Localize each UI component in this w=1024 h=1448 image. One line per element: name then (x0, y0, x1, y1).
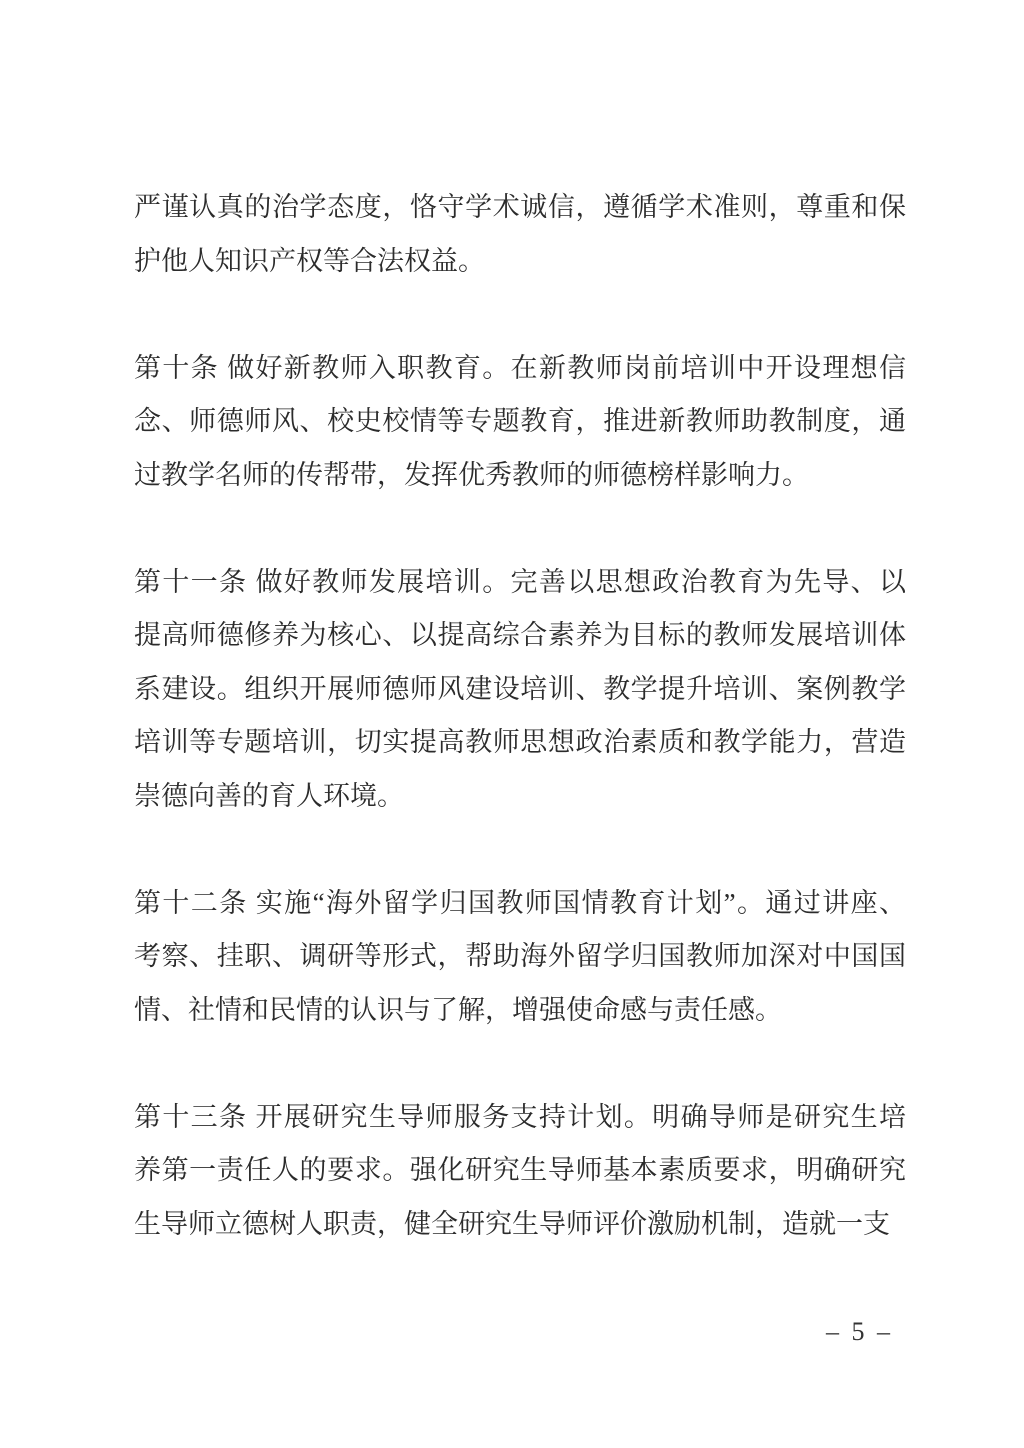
text-line: 系建设。组织开展师德师风建设培训、教学提升培训、案例教学 (134, 663, 906, 717)
paragraph-intro-continuation: 严谨认真的治学态度，恪守学术诚信，遵循学术准则，尊重和保 护他人知识产权等合法权… (134, 181, 906, 288)
text-line: 第十条 做好新教师入职教育。在新教师岗前培训中开设理想信 (134, 342, 906, 396)
text-line: 提高师德修养为核心、以提高综合素养为目标的教师发展培训体 (134, 609, 906, 663)
paragraph-article-11: 第十一条 做好教师发展培训。完善以思想政治教育为先导、以 提高师德修养为核心、以… (134, 556, 906, 824)
text-line: 第十一条 做好教师发展培训。完善以思想政治教育为先导、以 (134, 556, 906, 610)
page-number: – 5 – (826, 1317, 893, 1347)
text-line: 培训等专题培训，切实提高教师思想政治素质和教学能力，营造 (134, 716, 906, 770)
text-line: 第十二条 实施“海外留学归国教师国情教育计划”。通过讲座、 (134, 877, 906, 931)
paragraph-article-12: 第十二条 实施“海外留学归国教师国情教育计划”。通过讲座、 考察、挂职、调研等形… (134, 877, 906, 1038)
text-line: 崇德向善的育人环境。 (134, 770, 906, 824)
text-line: 养第一责任人的要求。强化研究生导师基本素质要求，明确研究 (134, 1144, 906, 1198)
text-line: 护他人知识产权等合法权益。 (134, 235, 906, 289)
paragraph-article-10: 第十条 做好新教师入职教育。在新教师岗前培训中开设理想信 念、师德师风、校史校情… (134, 342, 906, 503)
document-page: 严谨认真的治学态度，恪守学术诚信，遵循学术准则，尊重和保 护他人知识产权等合法权… (0, 0, 1024, 1448)
text-line: 过教学名师的传帮带，发挥优秀教师的师德榜样影响力。 (134, 449, 906, 503)
text-line: 生导师立德树人职责，健全研究生导师评价激励机制，造就一支 (134, 1198, 906, 1252)
text-line: 第十三条 开展研究生导师服务支持计划。明确导师是研究生培 (134, 1091, 906, 1145)
text-line: 念、师德师风、校史校情等专题教育，推进新教师助教制度，通 (134, 395, 906, 449)
text-line: 严谨认真的治学态度，恪守学术诚信，遵循学术准则，尊重和保 (134, 181, 906, 235)
text-line: 考察、挂职、调研等形式，帮助海外留学归国教师加深对中国国 (134, 930, 906, 984)
text-line: 情、社情和民情的认识与了解，增强使命感与责任感。 (134, 984, 906, 1038)
document-body: 严谨认真的治学态度，恪守学术诚信，遵循学术准则，尊重和保 护他人知识产权等合法权… (134, 181, 906, 1251)
paragraph-article-13: 第十三条 开展研究生导师服务支持计划。明确导师是研究生培 养第一责任人的要求。强… (134, 1091, 906, 1252)
